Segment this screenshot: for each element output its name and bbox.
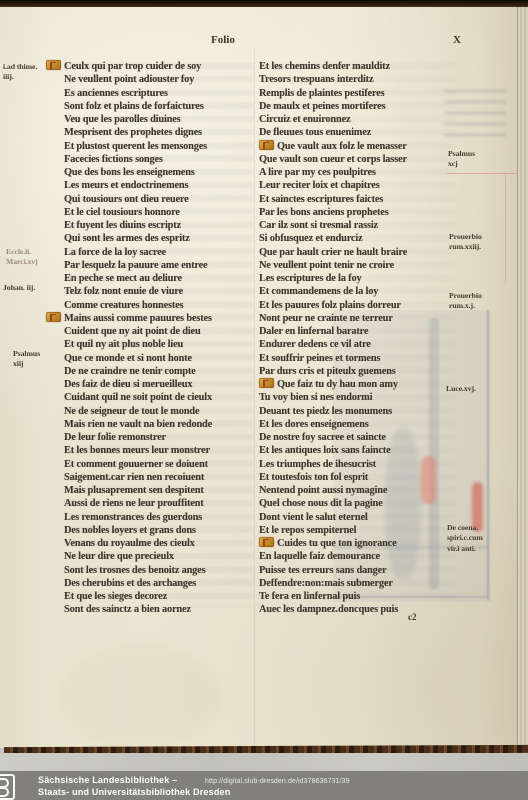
verse-line: Mais rien ne vault na bien redonde [64,418,260,431]
margin-note: Johan. iij. [3,283,35,293]
verse-line: Et les dores enseignemens [259,418,459,431]
verse-line: Et les pauures folz plains dorreur [259,299,459,312]
digitized-book-photo: Folio X Ceulx qui par trop cuider de soy… [0,0,528,800]
verse-line: Sont les trosnes des benoitz anges [64,564,260,577]
verse-line: Quel chose nous dit la pagine [259,497,459,510]
verse-line: De fleuues tous enuenimez [259,126,459,139]
verse-line: Les triumphes de ihesucrist [259,458,459,471]
verse-line: Comme creatures honnestes [64,299,260,312]
verse-line: Et plustost querent les mensonges [64,140,260,153]
margin-note: De coena.spiri.c.cumvir.i anti. [447,523,483,554]
verse-line: Par durs cris et piteulx guemens [259,365,459,378]
verse-line: Et fuyent les diuins escriptz [64,219,260,232]
verse-line: Car ilz sont si tresmal rassiz [259,219,459,232]
verse-line: De maulx et peines mortiferes [259,100,459,113]
verse-line: Ne veullent point adiouster foy [64,73,260,86]
book-fore-edge [517,7,528,748]
verse-line: Ne veullent point tenir ne croire [259,259,459,272]
verse-line: Les escriptures de la foy [259,272,459,285]
slub-logo-icon [0,774,15,800]
running-header-folio: Folio [211,34,235,47]
verse-line: Et le ciel tousiours honnore [64,206,260,219]
margin-note: Psalmusxiij [13,349,40,370]
verse-line: Saigement.car rien nen recoiuent [64,471,260,484]
verse-line: Que vault son cueur et corps lasser [259,153,459,166]
verse-line: Et comment gouuerner se doiuent [64,458,260,471]
margin-note: Prouerbiorum.x.j. [449,291,482,312]
verse-line: Ceulx qui par trop cuider de soy [64,60,260,73]
verse-line: Deuant tes piedz les monumens [259,405,459,418]
book-top-edge [0,0,528,7]
verse-line: Et souffrir peines et tormens [259,352,459,365]
verse-line: En peche se mect au deliure [64,272,260,285]
verse-line: Sont des sainctz a bien aornez [64,603,260,616]
library-name-line1: Sächsische Landesbibliothek – [38,774,177,786]
verse-line: Veu que les parolles diuines [64,113,260,126]
verse-line: Daler en linfernal baratre [259,325,459,338]
digital-object-url: http://digital.slub-dresden.de/id3786367… [205,777,350,786]
verse-line: Les meurs et endoctrinemens [64,179,260,192]
verse-line: Et sainctes escriptures faictes [259,193,459,206]
verse-line: De leur folie remonstrer [64,431,260,444]
verse-line: Par lesquelz la pauure ame entree [64,259,260,272]
margin-note: Psalmusxcj [448,149,475,170]
verse-line: Facecies fictions songes [64,153,260,166]
verse-line: Nont peur ne crainte ne terreur [259,312,459,325]
verse-line: Que ce monde et si nont honte [64,352,260,365]
verse-line: Dont vient le salut eternel [259,511,459,524]
verse-line: Es anciennes escriptures [64,87,260,100]
verse-line: Et le repos sempiternel [259,524,459,537]
margin-note: i.ad thime.iiij. [3,62,37,83]
verse-line: De ne craindre ne tenir compte [64,365,260,378]
verse-line: Et quil ny ait plus noble lieu [64,338,260,351]
verse-line: Ne leur dire que precieulx [64,550,260,563]
verse-line: Des nobles loyers et grans dons [64,524,260,537]
verse-line: A lire par my ces poulpitres [259,166,459,179]
verse-line: Si obfusquez et endurciz [259,232,459,245]
margin-note: Luce.xvj. [446,384,476,394]
verse-line: Que des bons les enseignemens [64,166,260,179]
verse-line: La force de la loy sacree [64,246,260,259]
illuminated-paraph-icon [259,537,274,547]
verse-line: Et les bonnes meurs leur monstrer [64,444,260,457]
verse-line: Cuides tu que ton ignorance [259,537,459,550]
verse-line: Puisse tes erreurs sans danger [259,564,459,577]
library-name-line2: Staats- und Universitätsbibliothek Dresd… [38,786,230,798]
verse-line: Et commandemens de la loy [259,285,459,298]
verse-line: Nentend point aussi nymagine [259,484,459,497]
verse-line: Ne de seigneur de tout le monde [64,405,260,418]
verse-line: Te fera en linfernal puis [259,590,459,603]
margin-note: Eccle.ii.Marci.xvj [6,247,38,268]
verse-line: Que vault aux folz le menasser [259,140,459,153]
verse-column-right: Et les chemins denfer maulditzTresors tr… [259,60,459,617]
verse-line: Et les chemins denfer maulditz [259,60,459,73]
verse-line: Mais plusaprement sen despitent [64,484,260,497]
verse-line: Aussi de riens ne leur prouffitent [64,497,260,510]
verse-line: Cuidant quil ne soit point de cieulx [64,391,260,404]
verse-line: Et que les sieges decorez [64,590,260,603]
red-ruling-line-v [505,173,506,283]
signature-mark: c2 [408,612,417,623]
verse-line: Qui sont les armes des espritz [64,232,260,245]
verse-line: Et toutesfois ton fol esprit [259,471,459,484]
verse-line: Leur reciter loix et chapitres [259,179,459,192]
illuminated-paraph-icon [46,60,61,70]
verse-line: Auec les dampnez.doncques puis [259,603,459,616]
illuminated-paraph-icon [46,312,61,322]
verse-line: Deffendre:non:mais submerger [259,577,459,590]
verse-line: De nostre foy sacree et saincte [259,431,459,444]
verse-line: Cuident que ny ait point de dieu [64,325,260,338]
verse-line: Telz folz nont enuie de viure [64,285,260,298]
illuminated-paraph-icon [259,378,274,388]
verse-line: Des faiz de dieu si merueilleux [64,378,260,391]
verse-line: Et les antiques loix sans faincte [259,444,459,457]
illuminated-paraph-icon [259,140,274,150]
running-header-page-number: X [453,34,461,47]
verse-line: Sont folz et plains de forfaictures [64,100,260,113]
verse-line: Les remonstrances des guerdons [64,511,260,524]
verse-column-left: Ceulx qui par trop cuider de soyNe veull… [64,60,260,617]
manuscript-page: Folio X Ceulx qui par trop cuider de soy… [0,7,517,748]
verse-line: Endurer dedens ce vil atre [259,338,459,351]
verse-line: Que faiz tu dy hau mon amy [259,378,459,391]
verse-line: Qui tousiours ont dieu reuere [64,193,260,206]
verse-line: En laquelle faiz demourance [259,550,459,563]
verse-line: Mains aussi comme pauures bestes [64,312,260,325]
paper-stain [60,647,220,747]
margin-note: Prouerbiorum.xxiij. [449,232,482,253]
verse-line: Tu voy bien si nes endormi [259,391,459,404]
verse-line: Circuiz et enuironnez [259,113,459,126]
verse-line: Que par hault crier ne hault braire [259,246,459,259]
verse-line: Par les bons anciens prophetes [259,206,459,219]
verse-line: Mesprisent des prophetes dignes [64,126,260,139]
verse-line: Des cherubins et des archanges [64,577,260,590]
verse-line: Remplis de plaintes pestiferes [259,87,459,100]
verse-line: Venans du royaulme des cieulx [64,537,260,550]
verse-line: Tresors trespuans interditz [259,73,459,86]
